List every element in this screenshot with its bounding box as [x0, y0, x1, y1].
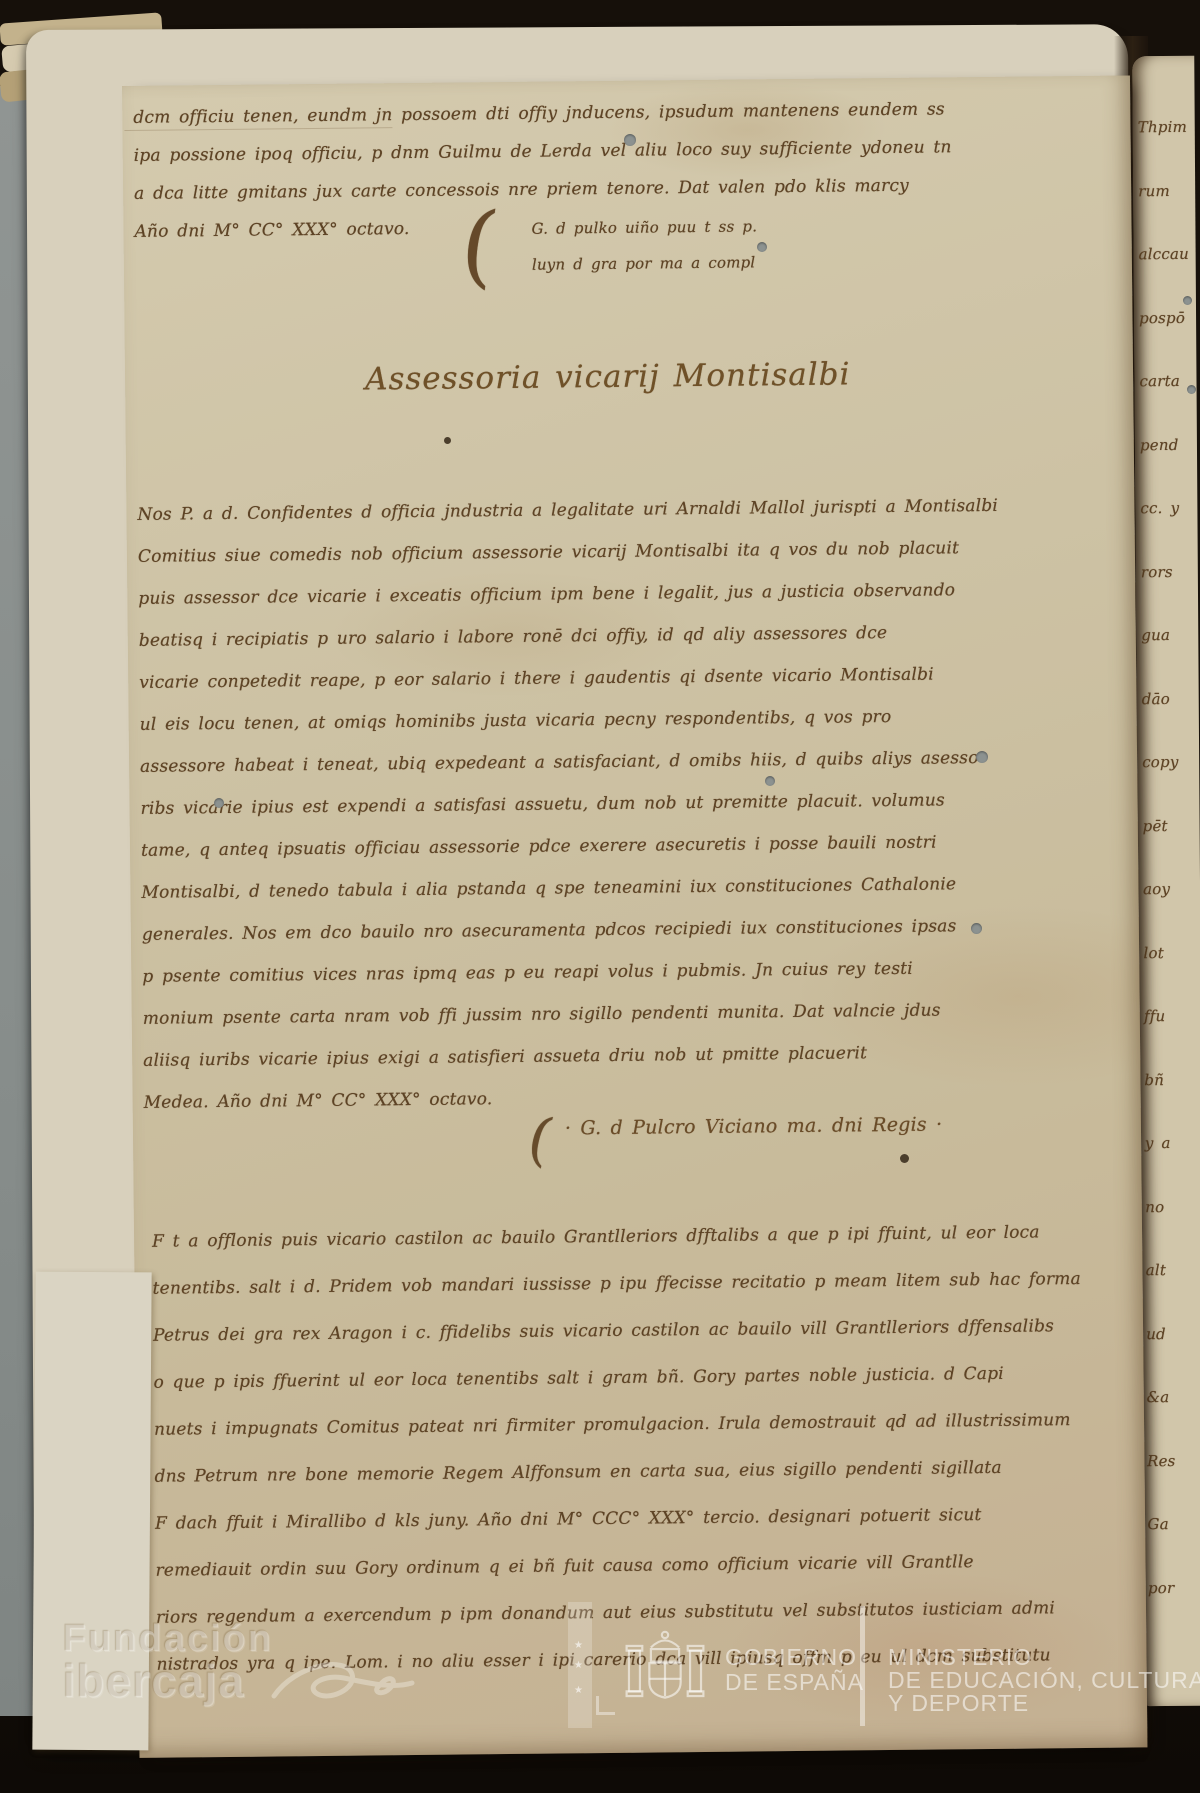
gobierno-watermark-line2: DE ESPAÑA: [725, 1671, 864, 1694]
spain-coat-of-arms-icon: [618, 1628, 712, 1714]
written-document-sheet: dcm officiu tenen, eundm jn possoem dti …: [122, 75, 1147, 1757]
watermark-divider: [860, 1606, 865, 1726]
wormhole: [757, 242, 767, 252]
manuscript-line-fragment: bñ: [1144, 1070, 1195, 1134]
royal-subscription: · G. d Pulcro Viciano ma. dni Regis ·: [565, 1113, 943, 1139]
chancery-note: G. d pulko uiño puu t ss p.luyn d gra po…: [531, 217, 757, 291]
ibercaja-watermark-line1: Fundación: [63, 1620, 273, 1658]
wormhole: [214, 798, 224, 808]
frame-corner-mark: [596, 1696, 615, 1715]
manuscript-line-fragment: cc. y: [1140, 499, 1191, 563]
wormhole: [976, 751, 988, 763]
manuscript-line: G. d pulko uiño puu t ss p.: [531, 217, 757, 255]
wormhole: [624, 134, 636, 146]
manuscript-line-fragment: no: [1145, 1197, 1196, 1261]
grant-paragraph: Nos P. a d. Confidentes d officia jndust…: [137, 496, 1004, 1135]
manuscript-line-fragment: rors: [1141, 562, 1192, 626]
wormhole: [1183, 296, 1192, 305]
ink-blot: [900, 1154, 909, 1163]
manuscript-line-fragment: gua: [1141, 626, 1192, 690]
manuscript-line-fragment: Thpim: [1138, 118, 1189, 182]
manuscript-line-fragment: carta: [1139, 372, 1190, 436]
eu-star-icon: ★: [574, 1660, 583, 1671]
manuscript-line-fragment: Res: [1147, 1451, 1198, 1515]
manuscript-line: luyn d gra por ma a compl: [532, 253, 758, 291]
government-watermark: ★ ★ ★ GOBIERNO DE ESPAÑA MINI: [560, 1600, 1200, 1732]
wormhole: [971, 923, 982, 934]
wormhole: [765, 776, 775, 786]
document-heading: Assessoria vicarij Montisalbi: [365, 357, 805, 398]
wormhole: [1187, 385, 1196, 394]
ink-blot: [444, 437, 451, 444]
manuscript-line-fragment: Ga: [1147, 1515, 1198, 1579]
manuscript-line-fragment: pēt: [1143, 816, 1194, 880]
manuscript-line-fragment: ffu: [1144, 1007, 1195, 1071]
goya-signature-swirl-icon: [268, 1654, 418, 1718]
manuscript-line-fragment: copy: [1142, 753, 1193, 817]
ibercaja-watermark: Fundación ibercaja: [58, 1604, 458, 1724]
eu-star-icon: ★: [574, 1640, 583, 1651]
ministerio-watermark-line3: Y DEPORTE: [888, 1692, 1029, 1715]
archival-photograph: Thpimrumalccaupospōcartapendcc. yrorsgua…: [0, 0, 1200, 1793]
gobierno-watermark-line1: GOBIERNO: [725, 1646, 857, 1669]
ministerio-watermark-line1: MINISTERIO: [888, 1646, 1032, 1669]
ministerio-watermark-line2: DE EDUCACIÓN, CULTURA: [888, 1669, 1200, 1692]
manuscript-line-fragment: pend: [1140, 435, 1191, 499]
manuscript-line-fragment: lot: [1143, 943, 1194, 1007]
manuscript-line-fragment: pospō: [1139, 308, 1190, 372]
eu-flag-bar: ★ ★ ★: [568, 1602, 592, 1728]
manuscript-line-fragment: dāo: [1142, 689, 1193, 753]
ibercaja-watermark-line2: ibercaja: [63, 1658, 245, 1704]
manuscript-line-fragment: ud: [1146, 1324, 1197, 1388]
manuscript-line-fragment: alt: [1146, 1261, 1197, 1325]
manuscript-line-fragment: rum: [1138, 181, 1189, 245]
manuscript-line-fragment: alccau: [1139, 245, 1190, 309]
manuscript-line-fragment: &a: [1147, 1388, 1198, 1452]
eu-star-icon: ★: [574, 1685, 583, 1696]
manuscript-line-fragment: y a: [1145, 1134, 1196, 1198]
facing-page-text-fragments: Thpimrumalccaupospōcartapendcc. yrorsgua…: [1138, 118, 1199, 1642]
manuscript-line-fragment: aoy: [1143, 880, 1194, 944]
